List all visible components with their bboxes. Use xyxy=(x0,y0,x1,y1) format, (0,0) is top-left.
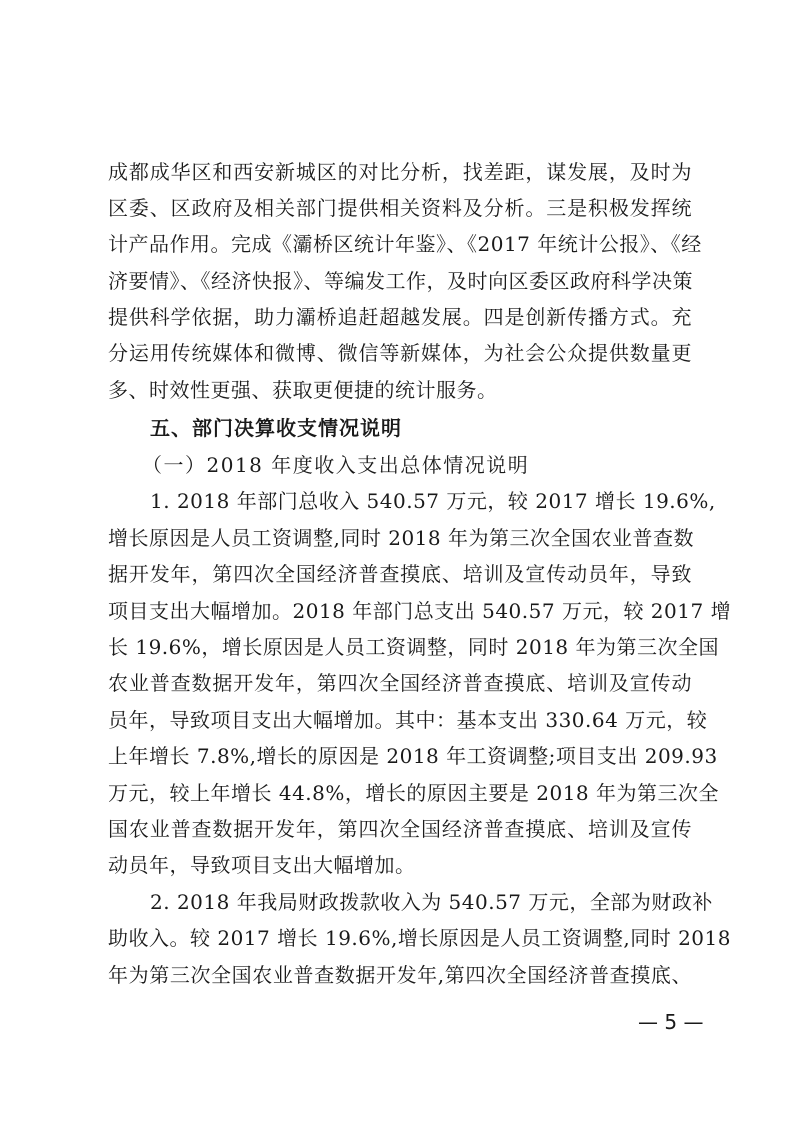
para1-line: 员年，导致项目支出大幅增加。其中：基本支出 330.64 万元，较 xyxy=(108,702,692,738)
subsection-heading: （一）2018 年度收入支出总体情况说明 xyxy=(142,447,692,483)
body-line: 多、时效性更强、获取更便捷的统计服务。 xyxy=(108,372,692,408)
body-line: 成都成华区和西安新城区的对比分析，找差距，谋发展，及时为 xyxy=(108,154,692,190)
para1-line: 农业普查数据开发年，第四次全国经济普查摸底、培训及宣传动 xyxy=(108,665,692,701)
section-heading: 五、部门决算收支情况说明 xyxy=(150,410,692,446)
para1-line: 动员年，导致项目支出大幅增加。 xyxy=(108,847,692,883)
para1-line: 1. 2018 年部门总收入 540.57 万元，较 2017 增长 19.6%… xyxy=(150,483,692,519)
body-line: 区委、区政府及相关部门提供相关资料及分析。三是积极发挥统 xyxy=(108,190,692,226)
para1-line: 据开发年，第四次全国经济普查摸底、培训及宣传动员年，导致 xyxy=(108,556,692,592)
body-line: 分运用传统媒体和微博、微信等新媒体，为社会公众提供数量更 xyxy=(108,335,692,371)
para1-line: 国农业普查数据开发年，第四次全国经济普查摸底、培训及宣传 xyxy=(108,811,692,847)
para1-line: 长 19.6%，增长原因是人员工资调整，同时 2018 年为第三次全国 xyxy=(108,629,692,665)
body-line: 济要情》、《经济快报》、等编发工作，及时向区委区政府科学决策 xyxy=(108,263,692,299)
body-line: 提供科学依据，助力灞桥追赶超越发展。四是创新传播方式。充 xyxy=(108,299,692,335)
para1-line: 上年增长 7.8%,增长的原因是 2018 年工资调整;项目支出 209.93 xyxy=(108,738,692,774)
para1-line: 增长原因是人员工资调整,同时 2018 年为第三次全国农业普查数 xyxy=(108,520,692,556)
para2-line: 2. 2018 年我局财政拨款收入为 540.57 万元，全部为财政补 xyxy=(150,884,692,920)
para2-line: 助收入。较 2017 增长 19.6%,增长原因是人员工资调整,同时 2018 xyxy=(108,920,692,956)
body-line: 计产品作用。完成《灞桥区统计年鉴》、《2017 年统计公报》、《经 xyxy=(108,226,692,262)
para1-line: 项目支出大幅增加。2018 年部门总支出 540.57 万元，较 2017 增 xyxy=(108,593,692,629)
document-page: 成都成华区和西安新城区的对比分析，找差距，谋发展，及时为 区委、区政府及相关部门… xyxy=(0,0,793,1122)
para2-line: 年为第三次全国农业普查数据开发年,第四次全国经济普查摸底、 xyxy=(108,957,692,993)
para1-line: 万元，较上年增长 44.8%，增长的原因主要是 2018 年为第三次全 xyxy=(108,775,692,811)
page-number: — 5 — xyxy=(638,1010,703,1034)
